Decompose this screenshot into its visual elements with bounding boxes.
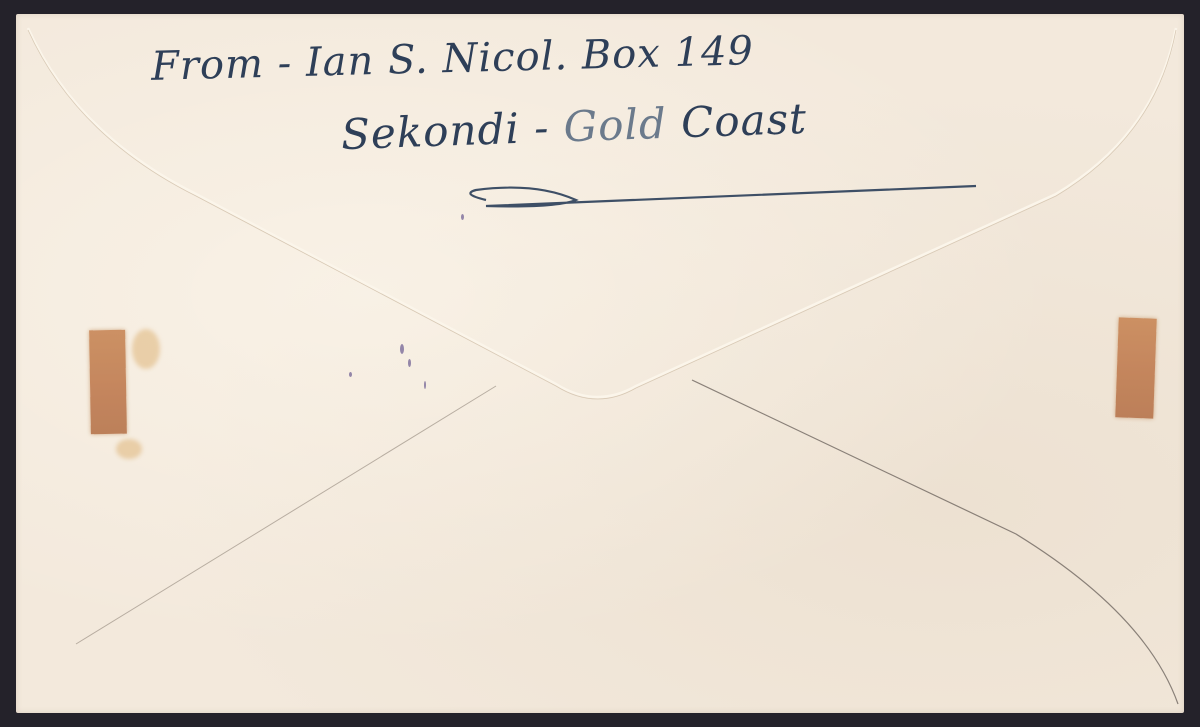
tape-fragment-left (89, 330, 127, 435)
right-flap-seam (692, 380, 1178, 704)
coast-word: Coast (666, 94, 808, 148)
ink-speck (424, 381, 426, 389)
glue-stain (116, 439, 142, 459)
ink-speck (400, 344, 404, 354)
gold-word: Gold (563, 99, 668, 152)
ink-speck (461, 214, 464, 220)
town-name: Sekondi - (340, 102, 564, 159)
ink-speck (408, 359, 411, 367)
glue-stain (132, 329, 160, 369)
underline-flourish (470, 186, 976, 206)
envelope-back: From - Ian S. Nicol. Box 149 Sekondi - G… (16, 14, 1184, 713)
left-flap-seam (76, 386, 496, 644)
ink-speck (349, 372, 352, 377)
tape-fragment-right (1115, 317, 1156, 418)
